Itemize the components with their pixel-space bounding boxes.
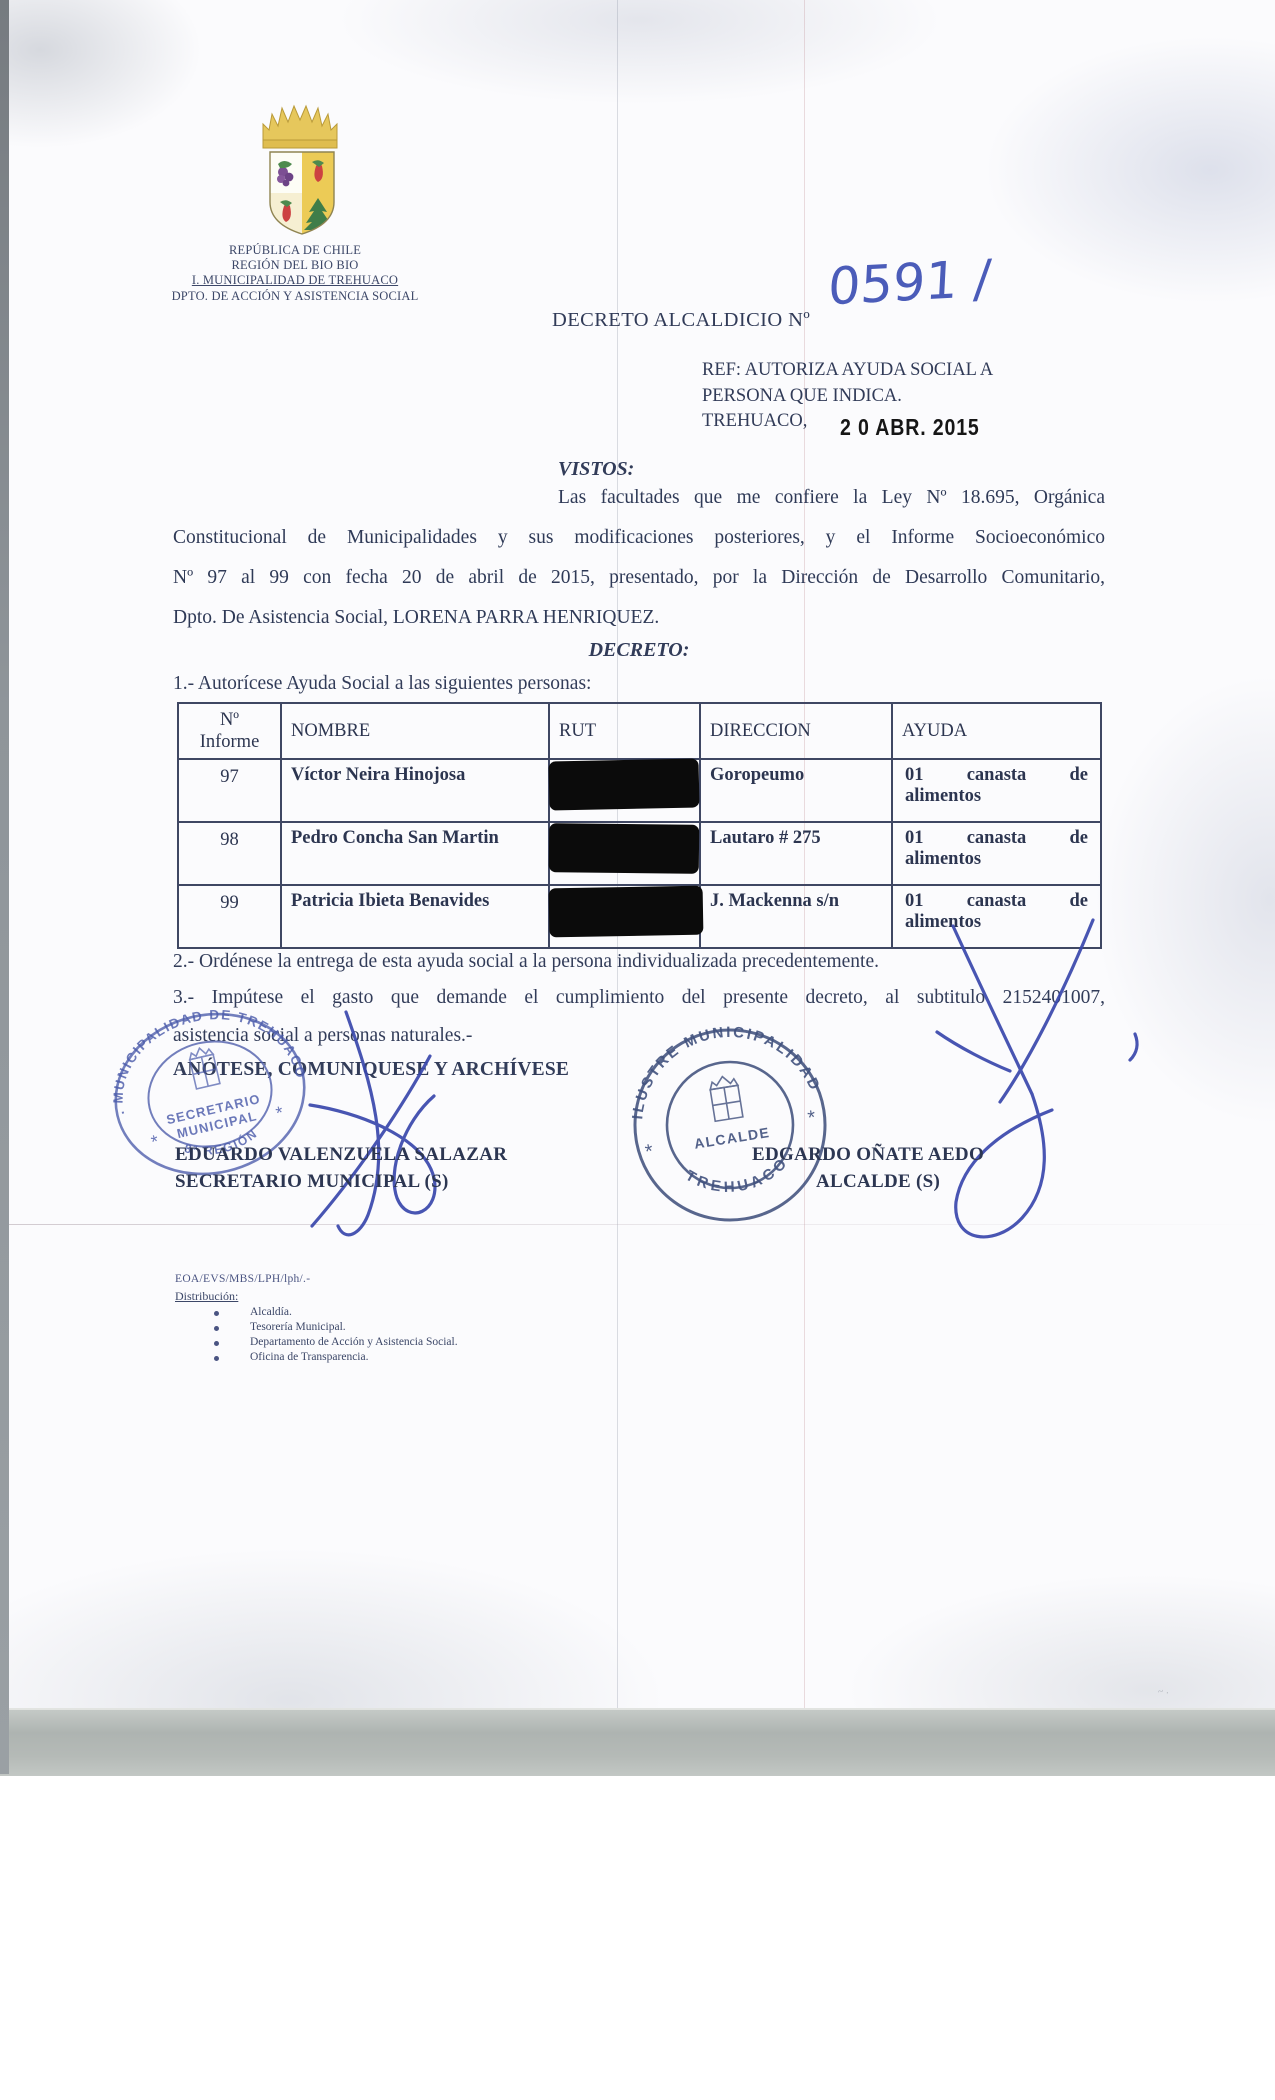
table-cell-informe: 98 bbox=[179, 821, 280, 884]
ayuda-line-1: 01 canasta de bbox=[905, 765, 1088, 786]
date-stamp: 2 0 ABR. 2015 bbox=[840, 414, 980, 441]
distribution-heading: Distribución: bbox=[175, 1289, 238, 1304]
mayor-stamp-star-right: * bbox=[806, 1107, 817, 1130]
ayuda-word: de bbox=[1070, 765, 1089, 786]
table-header-ayuda: AYUDA bbox=[891, 704, 1100, 758]
secretary-title: SECRETARIO MUNICIPAL (S) bbox=[175, 1171, 449, 1193]
secretary-stamp-star-left: * bbox=[149, 1131, 160, 1152]
ayuda-word: 01 bbox=[905, 828, 924, 849]
secretary-name: EDUARDO VALENZUELA SALAZAR bbox=[175, 1144, 507, 1166]
mayor-stamp-emblem-icon bbox=[709, 1074, 743, 1121]
table-cell-ayuda: 01 canasta de alimentos bbox=[891, 758, 1100, 821]
secretary-stamp-star-right: * bbox=[274, 1102, 285, 1123]
vistos-line: Dpto. De Asistencia Social, LORENA PARRA… bbox=[173, 607, 1105, 629]
table-header-rut: RUT bbox=[548, 704, 699, 758]
mayor-name: EDGARDO OÑATE AEDO bbox=[752, 1144, 984, 1166]
mayor-stamp-star-left: * bbox=[644, 1140, 655, 1163]
scanned-document: ~ . bbox=[0, 0, 1275, 2100]
scanner-band bbox=[0, 1708, 1275, 1776]
mayor-title: ALCALDE (S) bbox=[816, 1171, 940, 1193]
table-header-informe: Nº Informe bbox=[179, 704, 280, 758]
bullet-icon bbox=[214, 1341, 219, 1346]
bullet-icon bbox=[214, 1356, 219, 1361]
secretary-stamp-emblem-icon bbox=[188, 1046, 220, 1089]
table-cell-direccion: J. Mackenna s/n bbox=[699, 884, 891, 947]
item-1: 1.- Autorícese Ayuda Social a las siguie… bbox=[173, 673, 591, 695]
table-header-direccion: DIRECCION bbox=[699, 704, 891, 758]
redaction-box bbox=[549, 758, 700, 810]
ayuda-line-2: alimentos bbox=[905, 912, 1088, 933]
letterhead-country: REPÚBLICA DE CHILE bbox=[130, 243, 460, 258]
decree-number-handwritten: 0591 / bbox=[827, 250, 993, 318]
redaction-box bbox=[549, 823, 700, 874]
redaction-box bbox=[549, 886, 704, 938]
ayuda-word: 01 bbox=[905, 765, 924, 786]
ayuda-word: 01 bbox=[905, 891, 924, 912]
vistos-line: Las facultades que me confiere la Ley Nº… bbox=[558, 487, 1105, 509]
footer-initials: EOA/EVS/MBS/LPH/lph/.- bbox=[175, 1273, 310, 1285]
letterhead-municipality: I. MUNICIPALIDAD DE TREHUACO bbox=[130, 273, 460, 288]
decreto-heading: DECRETO: bbox=[173, 639, 1105, 662]
mayor-stamp-arc-top: ILUSTRE MUNICIPALIDAD bbox=[617, 1010, 825, 1123]
table-cell-nombre: Patricia Ibieta Benavides bbox=[280, 884, 548, 947]
ayuda-word: canasta bbox=[967, 891, 1027, 912]
ayuda-line-2: alimentos bbox=[905, 786, 1088, 807]
table-cell-informe: 97 bbox=[179, 758, 280, 821]
ayuda-word: de bbox=[1070, 891, 1089, 912]
distribution-item: Oficina de Transparencia. bbox=[250, 1351, 368, 1363]
table-cell-informe: 99 bbox=[179, 884, 280, 947]
table-cell-nombre: Víctor Neira Hinojosa bbox=[280, 758, 548, 821]
decree-title: DECRETO ALCALDICIO Nº bbox=[552, 309, 810, 332]
distribution-item: Departamento de Acción y Asistencia Soci… bbox=[250, 1336, 458, 1348]
ref-line-1: REF: AUTORIZA AYUDA SOCIAL A bbox=[702, 358, 993, 384]
item-3-line-1: 3.- Impútese el gasto que demande el cum… bbox=[173, 987, 1105, 1009]
vistos-line: Constitucional de Municipalidades y sus … bbox=[173, 527, 1105, 549]
letterhead: REPÚBLICA DE CHILE REGIÓN DEL BIO BIO I.… bbox=[130, 243, 460, 304]
ref-line-2: PERSONA QUE INDICA. bbox=[702, 384, 993, 410]
mayor-stamp: ILUSTRE MUNICIPALIDAD TREHUACO ALCALDE *… bbox=[604, 999, 856, 1251]
ayuda-word: canasta bbox=[967, 765, 1027, 786]
table-cell-direccion: Lautaro # 275 bbox=[699, 821, 891, 884]
vistos-line: Nº 97 al 99 con fecha 20 de abril de 201… bbox=[173, 567, 1105, 589]
svg-text:ILUSTRE MUNICIPALIDAD: ILUSTRE MUNICIPALIDAD bbox=[617, 1010, 825, 1123]
ayuda-word: canasta bbox=[967, 828, 1027, 849]
ayuda-line-1: 01 canasta de bbox=[905, 828, 1088, 849]
table-cell-ayuda: 01 canasta de alimentos bbox=[891, 884, 1100, 947]
table-cell-direccion: Goropeumo bbox=[699, 758, 891, 821]
letterhead-region: REGIÓN DEL BIO BIO bbox=[130, 258, 460, 273]
municipal-crest-icon bbox=[250, 84, 356, 244]
table-header-nombre: NOMBRE bbox=[280, 704, 548, 758]
scan-artifact: ~ . bbox=[1157, 1685, 1169, 1698]
vistos-heading: VISTOS: bbox=[558, 458, 634, 481]
table-cell-ayuda: 01 canasta de alimentos bbox=[891, 821, 1100, 884]
table-cell-nombre: Pedro Concha San Martin bbox=[280, 821, 548, 884]
item-2: 2.- Ordénese la entrega de esta ayuda so… bbox=[173, 951, 879, 973]
ayuda-line-2: alimentos bbox=[905, 849, 1088, 870]
ayuda-line-1: 01 canasta de bbox=[905, 891, 1088, 912]
bullet-icon bbox=[214, 1311, 219, 1316]
distribution-item: Alcaldía. bbox=[250, 1306, 292, 1318]
scanner-edge bbox=[0, 0, 9, 1774]
ayuda-word: de bbox=[1070, 828, 1089, 849]
distribution-item: Tesorería Municipal. bbox=[250, 1321, 346, 1333]
bullet-icon bbox=[214, 1326, 219, 1331]
letterhead-department: DPTO. DE ACCIÓN Y ASISTENCIA SOCIAL bbox=[130, 289, 460, 304]
